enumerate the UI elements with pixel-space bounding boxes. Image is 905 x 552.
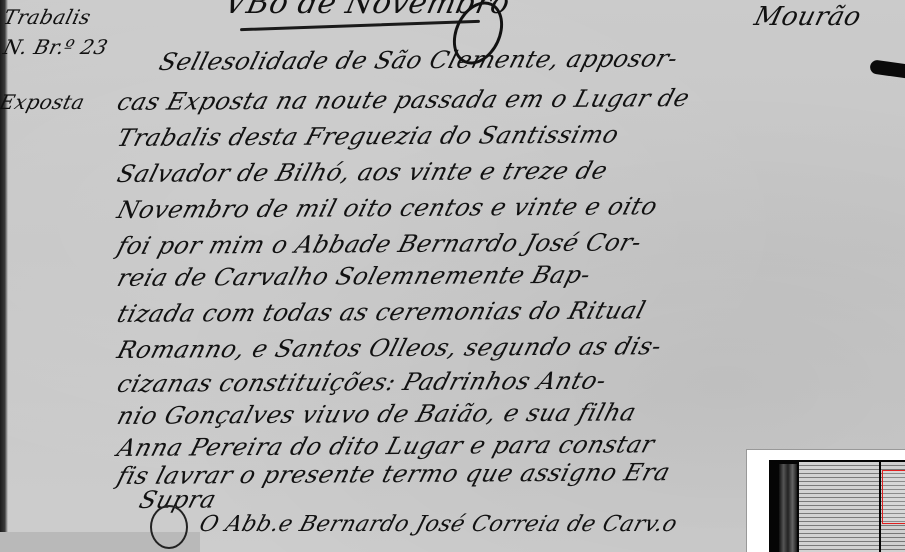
margin-entry-number: N. Br.º 23 [1,35,111,59]
ink-blot [869,59,905,78]
record-line-5: Novembro de mil oito centos e vinte e oi… [114,192,661,224]
record-line-11: nio Gonçalves viuvo de Baião, e sua filh… [114,398,639,430]
minimap-viewport-rectangle[interactable] [882,470,905,524]
record-line-6: foi por mim o Abbade Bernardo José Cor- [114,228,645,260]
minimap-thumbnail[interactable] [769,460,905,552]
abbot-signature: O Abb.e Bernardo José Correia de Carv.o [196,512,680,537]
record-line-12: Anna Pereira do dito Lugar e para consta… [114,430,658,462]
top-right-name: Mourão [751,2,864,32]
record-line-9: Romanno, e Santos Olleos, segundo as dis… [114,332,665,364]
signature-cross-mark [150,505,188,549]
record-line-4: Salvador de Bilhó, aos vinte e treze de [114,157,611,188]
record-line-3: Trabalis desta Freguezia do Santissimo [114,121,622,152]
record-line-10: cizanas constituições: Padrinhos Anto- [114,367,610,398]
margin-status: Exposta [0,90,87,114]
minimap-book-spine [779,464,797,552]
page-navigator-minimap[interactable] [747,450,905,552]
record-line-8: tizada com todas as ceremonias do Ritual [114,296,649,328]
minimap-left-page [799,462,879,552]
record-line-7: reia de Carvalho Solemnemente Bap- [114,261,594,292]
record-line-2: cas Exposta na noute passada em o Lugar … [114,84,693,116]
record-line-1: Sellesolidade de São Clemente, apposor- [156,44,681,76]
document-image-viewer[interactable]: VBo de Novembro Mourão Trabalis N. Br.º … [0,0,905,552]
book-spine-edge [0,0,8,552]
margin-place-name: Trabalis [1,5,94,29]
header-underline [240,20,480,31]
